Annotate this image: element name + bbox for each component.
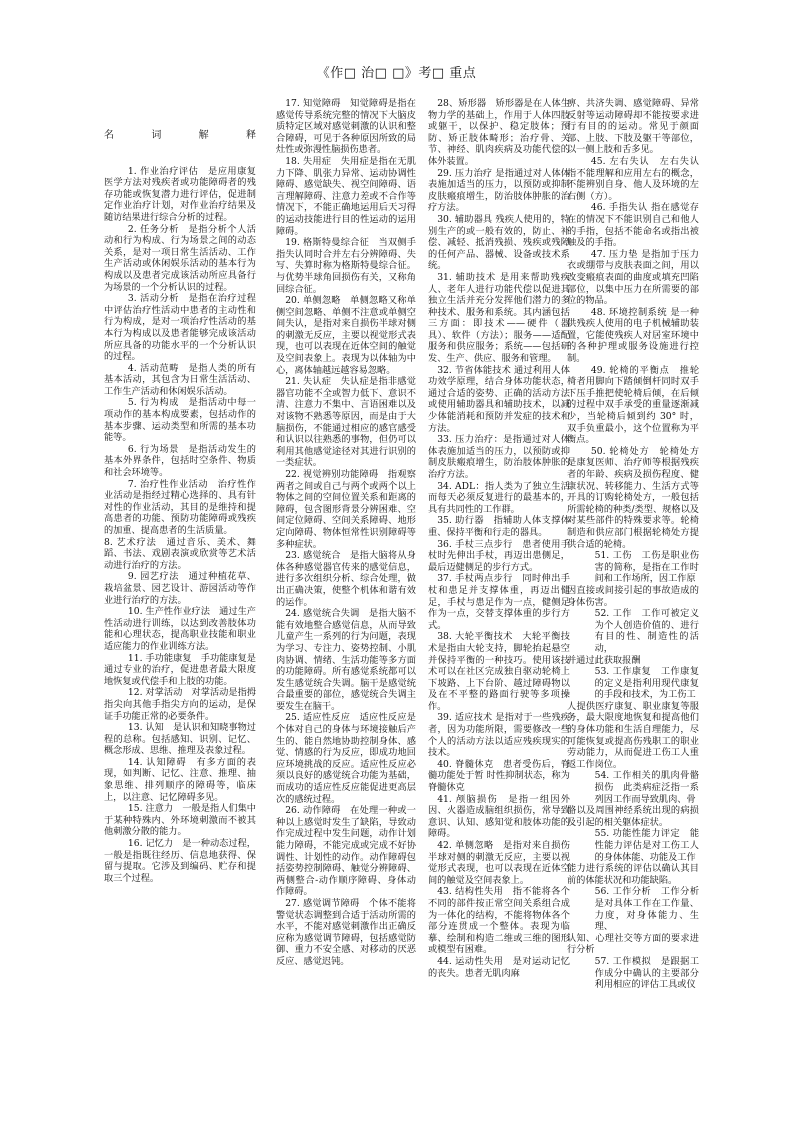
term-entry: 44. 运动性失用 是对运动记忆的丧失。患者无肌肉麻	[428, 956, 570, 979]
term-entry: 26. 动作障碍 在处理一种或一种以上感觉时发生了缺陷，导致动作完成过程中发生问…	[276, 805, 416, 898]
term-entry: 25. 适应性反应 适应性反应是个体对自己的身体与环境接触后产生的、能自然地协助…	[276, 712, 416, 805]
term-entry: 40. 脊髓休克 患者受伤后，脊髓功能处于暂 时性抑制状态，称为脊髓休克	[428, 759, 570, 794]
term-entry: 1. 作业治疗评估 是应用康复医学方法对残疾者或功能障碍者的残存功能或恢复潜力进…	[104, 166, 256, 224]
column-3: 28、矫形器 矫形器是在人体生物力学的基础上，作用于人体四肢或躯干，以保护、稳定…	[428, 98, 570, 979]
column-2: 17. 知觉障碍 知觉障碍是指在感觉传导系统完整的情况下大脑皮质特定区域对感觉刺…	[276, 98, 416, 968]
term-entry: 41. 颅脑损伤 是指一组因外因、火器造成脑组织损伤，常导致意识、认知、感知觉和…	[428, 794, 570, 840]
term-entry: 17. 知觉障碍 知觉障碍是指在感觉传导系统完整的情况下大脑皮质特定区域对感觉刺…	[276, 98, 416, 156]
section-heading: 名 词 解 释	[104, 130, 256, 142]
term-entry: 9. 园艺疗法 通过种植花草、栽培盆景、园艺设计、游园活动等作业进行治疗的方法。	[104, 571, 256, 606]
term-entry: 31. 辅助技术 是用来帮助残疾人、老年人进行功能代偿以促进其独立生活并充分发挥…	[428, 272, 570, 365]
term-entry: 14. 认知障碍 有多方面的表现，如判断、记忆、注意、推理、抽象思维、排列顺序的…	[104, 757, 256, 803]
term-entry: 48. 环境控制系统 是一种供残疾人使用的电子机械辅助装置，它能使残疾人对居室环…	[567, 307, 699, 365]
term-entry: 21. 失认症 失认症是指非感觉器官功能不全或智力低下、意识不清、注意力不集中、…	[276, 376, 416, 469]
term-entry: 35. 助行器 指辅助人体支撑体重、保持平衡和行走的器具。	[428, 515, 570, 538]
term-entry-head: 51. 工伤 工伤是职业伤害的简称，是指在工作时间和工作场所，因工作原	[567, 550, 699, 585]
term-entry-head: 54. 工作相关的肌肉骨骼损伤 此类病症泛指一系列因工作而导致肌肉、骨	[567, 770, 699, 805]
term-entry-tail: 认知、心理社交等方面的要求进行分析	[567, 933, 699, 956]
term-entry: 34. ADL：指人类为了独立生活而每天必须反复进行的最基本的，具有共同性的工作…	[428, 481, 570, 516]
term-entry: 3. 活动分析 是指在治疗过程中评估治疗性活动中患者的主动性和行为构成，是对一项…	[104, 293, 256, 363]
term-entry: 43. 结构性失用 指不能将各个不同的部件按正常空间关系组合成为一体化的结构，不…	[428, 886, 570, 956]
term-entry: 37. 手杖两点步行 同时伸出手杖和患足并支撑体重，再迈出健足，手杖与患足作为一…	[428, 573, 570, 631]
term-entry-head: 56. 工作分析 工作分析是对具体工作在工作量、力度，对身体能力、生理、	[567, 886, 699, 932]
term-entry: 28、矫形器 矫形器是在人体生物力学的基础上，作用于人体四肢或躯干，以保护、稳定…	[428, 98, 570, 168]
term-entry-tail: 并通过此获取报酬	[567, 655, 699, 667]
term-entry: 42. 单侧忽略 是指对来自损伤半球对侧的刺激无反应，主要以视觉形式表现，也可以…	[428, 840, 570, 886]
term-entry: 45. 左右失认 左右失认指不能理解和应用左右的概念，不能辨别自身、他人及环境的…	[567, 156, 699, 202]
term-entry: 4. 活动范畴 是指人类的所有基本活动，其包含为日常生活活动、工作生产活动和休闲…	[104, 363, 256, 398]
term-entry: 19. 格斯特曼综合征 当双侧手指失认同时合并左右分辨障碍、失写、失算时称为格斯…	[276, 237, 416, 295]
term-entry: 47. 压力垫 是指加于压力衣或绷带与皮肤表面之间，用以改变瘢痕表面的曲度或填充…	[567, 249, 699, 307]
term-entry: 10. 生产性作业疗法 通过生产性活动进行训练，以达到改善肢体功能和心理状态，提…	[104, 606, 256, 652]
term-entry: 23. 感觉统合 是指大脑将从身体各种感觉器官传来的感觉信息，进行多次组织分析、…	[276, 550, 416, 608]
column-1: 名 词 解 释 1. 作业治疗评估 是应用康复医学方法对残疾者或功能障碍者的残存…	[104, 98, 256, 884]
term-entry: 8. 艺术疗法 通过音乐、美术、舞蹈、书法、戏剧表演或欣赏等艺术活动进行治疗的方…	[104, 537, 256, 572]
term-entry-tail: 因直接或间接引起的事故造成的身体伤害。	[567, 585, 699, 608]
term-entry: 6. 行为场景 是指活动发生的基本外界条件，包括时空条件、物质和社会环境等。	[104, 444, 256, 479]
term-entry: 5. 行为构成 是指活动中每一项动作的基本构成要素，包括动作的基本步骤、运动类型…	[104, 397, 256, 443]
term-entry: 11. 手功能康复 手功能康复是通过专业的治疗，促进患者最大限度地恢复或代偿手和…	[104, 653, 256, 688]
term-entry: 39. 适应技术 是指对于一些残疾者，因为功能所限，需要修改一些个人的活动方法以…	[428, 712, 570, 758]
term-entry-tail: 能力进行系统的评估以确认其目前的体能状况和功能缺陷。	[567, 863, 699, 886]
column-4: 痹、共济失调、感觉障碍、异常反射等运动障碍却不能按要求进行有目的的运动。常见于颜…	[567, 98, 699, 991]
term-entry: 27. 感觉调节障碍 个体不能将警觉状态调整到合适于活动所需的水平，不能对感觉刺…	[276, 898, 416, 968]
term-entry: 29. 压力治疗 是指通过对人体体表施加适当的压力，以预防或抑制皮肤瘢痕增生，防…	[428, 168, 570, 214]
term-entry-tail: 骼以及周围神经系统出现的病损及引起的相关躯体症状。	[567, 805, 699, 828]
term-entry: 24. 感觉统合失调 是指大脑不能有效地整合感觉信息，从而导致儿童产生一系列的行…	[276, 608, 416, 712]
term-entry: 22. 视觉辨别功能障碍 指观察两者之间或自己与两个或两个以上物体之间的空间位置…	[276, 469, 416, 550]
term-entry-head: 55. 功能性能力评定 能性能力评估是对工伤工人的身体体能、功能及工作	[567, 828, 699, 863]
term-entry: 32. 节省体能技术 通过利用人体功效学原理，结合身体功能状态，通过合适的姿势、…	[428, 365, 570, 435]
term-entry: 13. 认知 是认识和知晓事物过程的总称。包括感知、识别、记忆、概念形成、思维、…	[104, 722, 256, 757]
term-continuation: 痹、共济失调、感觉障碍、异常反射等运动障碍却不能按要求进行有目的的运动。常见于颜…	[567, 98, 699, 156]
term-entry: 7. 治疗性作业活动 治疗性作业活动是指经过精心选择的、具有针对性的作业活动，其…	[104, 479, 256, 537]
term-entry: 20. 单侧忽略 单侧忽略又称单侧空间忽略、单侧不注意或单侧空间失认，是指对来自…	[276, 295, 416, 376]
page-title: 《作□ 治□ □》考□ 重点	[0, 62, 793, 81]
term-entry: 15. 注意力 一般是指人们集中于某种特殊内、外环境刺激而不被其他刺激分散的能力…	[104, 803, 256, 838]
term-entry-tail: 人提供医疗康复、职业康复等服务，最大限度地恢复和提高他们的身体功能和生活自理能力…	[567, 701, 699, 771]
term-entry: 46. 手指失认 指在感觉存在的情况下不能识别自己和他人的手指，包括不能命名或指…	[567, 202, 699, 248]
term-entry-head: 53. 工作康复 工作康复的定义是指利用现代康复的手段和技术，为工伤工	[567, 666, 699, 701]
term-entry: 49. 轮椅的平衡点 推轮椅者用脚向下踏倾倒杆同时双手下压手推把使轮椅后倾，在后…	[567, 365, 699, 446]
term-entry: 18. 失用症 失用症是指在无肌力下降、肌张力异常、运动协调性障碍、感觉缺失、视…	[276, 156, 416, 237]
term-entry: 12. 对掌活动 对掌活动是指拇指尖向其他手指尖方向的运动，是保证手功能正常的必…	[104, 687, 256, 722]
term-entry-head: 52. 工作 工作可被定义为个人创造价值的、进行有目的性、制造性的活动，	[567, 608, 699, 654]
term-entry: 33. 压力治疗：是指通过对人体体表施加适当的压力，以预防或抑制皮肤瘢痕增生，防…	[428, 434, 570, 480]
term-entry: 30. 辅助器具 残疾人使用的，特别生产的或一般有效的，防止、补偿、减轻、抵消残…	[428, 214, 570, 272]
term-entry: 38. 大轮平衡技术 大轮平衡技术是指由大轮支持，脚轮抬起悬空并保持平衡的一种技…	[428, 631, 570, 712]
term-entry: 36. 手杖三点步行 患者使用手杖时先伸出手杖，再迈出患侧足，最后迈健侧足的步行…	[428, 539, 570, 574]
term-entry: 50. 轮椅处方 轮椅处方是康复医师、治疗师等根据残疾者的年龄、疾病及损伤程度、…	[567, 446, 699, 550]
term-entry-head: 57. 工作模拟 是跟据工作成分中确认的主要部分利用相应的评估工具或仪	[567, 956, 699, 991]
term-entry: 16. 记忆力 是一种动态过程，一般是指既往经历、信息地获得、保留与提取。它涉及…	[104, 838, 256, 884]
term-entry: 2. 任务分析 是指分析个人活动和行为构成、行为场景之间的动态关系，是对一项日常…	[104, 224, 256, 294]
